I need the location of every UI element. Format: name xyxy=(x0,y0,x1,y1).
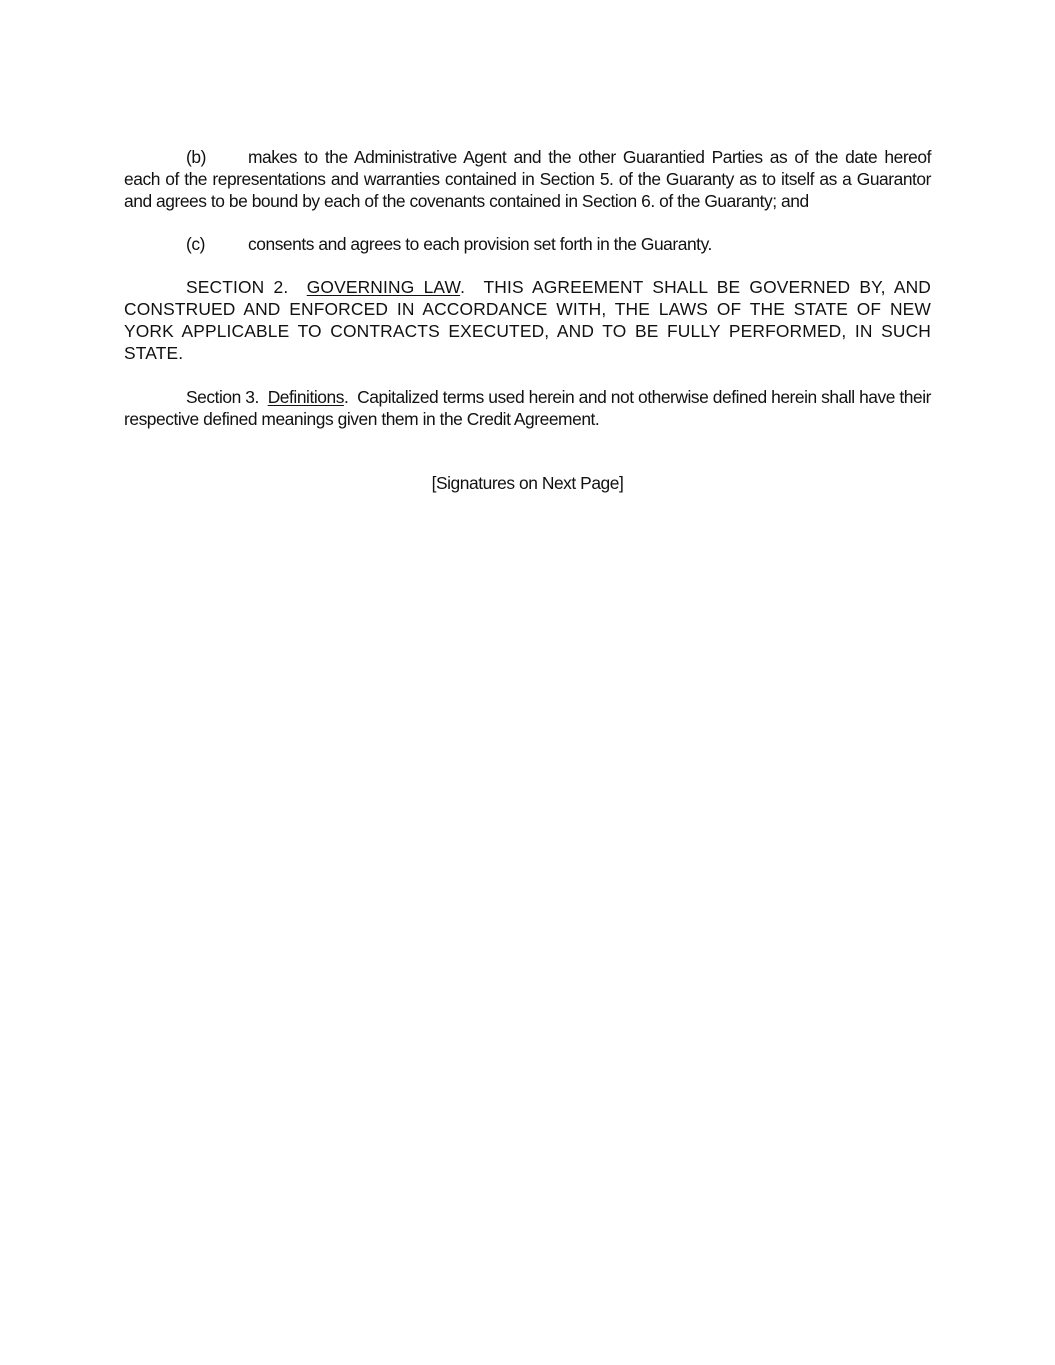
section-2-number: SECTION 2. xyxy=(186,277,288,297)
signatures-note: [Signatures on Next Page] xyxy=(0,472,1055,494)
clause-c-label: (c) xyxy=(186,233,248,255)
clause-c: (c)consents and agrees to each provision… xyxy=(124,233,931,255)
section-2-heading: GOVERNING LAW xyxy=(307,277,460,297)
clause-b: (b)makes to the Administrative Agent and… xyxy=(124,146,931,212)
clause-c-text: consents and agrees to each provision se… xyxy=(248,234,712,254)
section-2-governing-law: SECTION 2. GOVERNING LAW. THIS AGREEMENT… xyxy=(124,276,931,364)
section-3-heading-punct: . xyxy=(344,387,348,407)
clause-b-label: (b) xyxy=(186,146,248,168)
section-3-definitions: Section 3. Definitions. Capitalized term… xyxy=(124,386,931,430)
section-2-heading-punct: . xyxy=(460,277,465,297)
section-3-heading: Definitions xyxy=(268,387,344,407)
section-3-number: Section 3. xyxy=(186,387,259,407)
document-page: (b)makes to the Administrative Agent and… xyxy=(124,146,931,430)
